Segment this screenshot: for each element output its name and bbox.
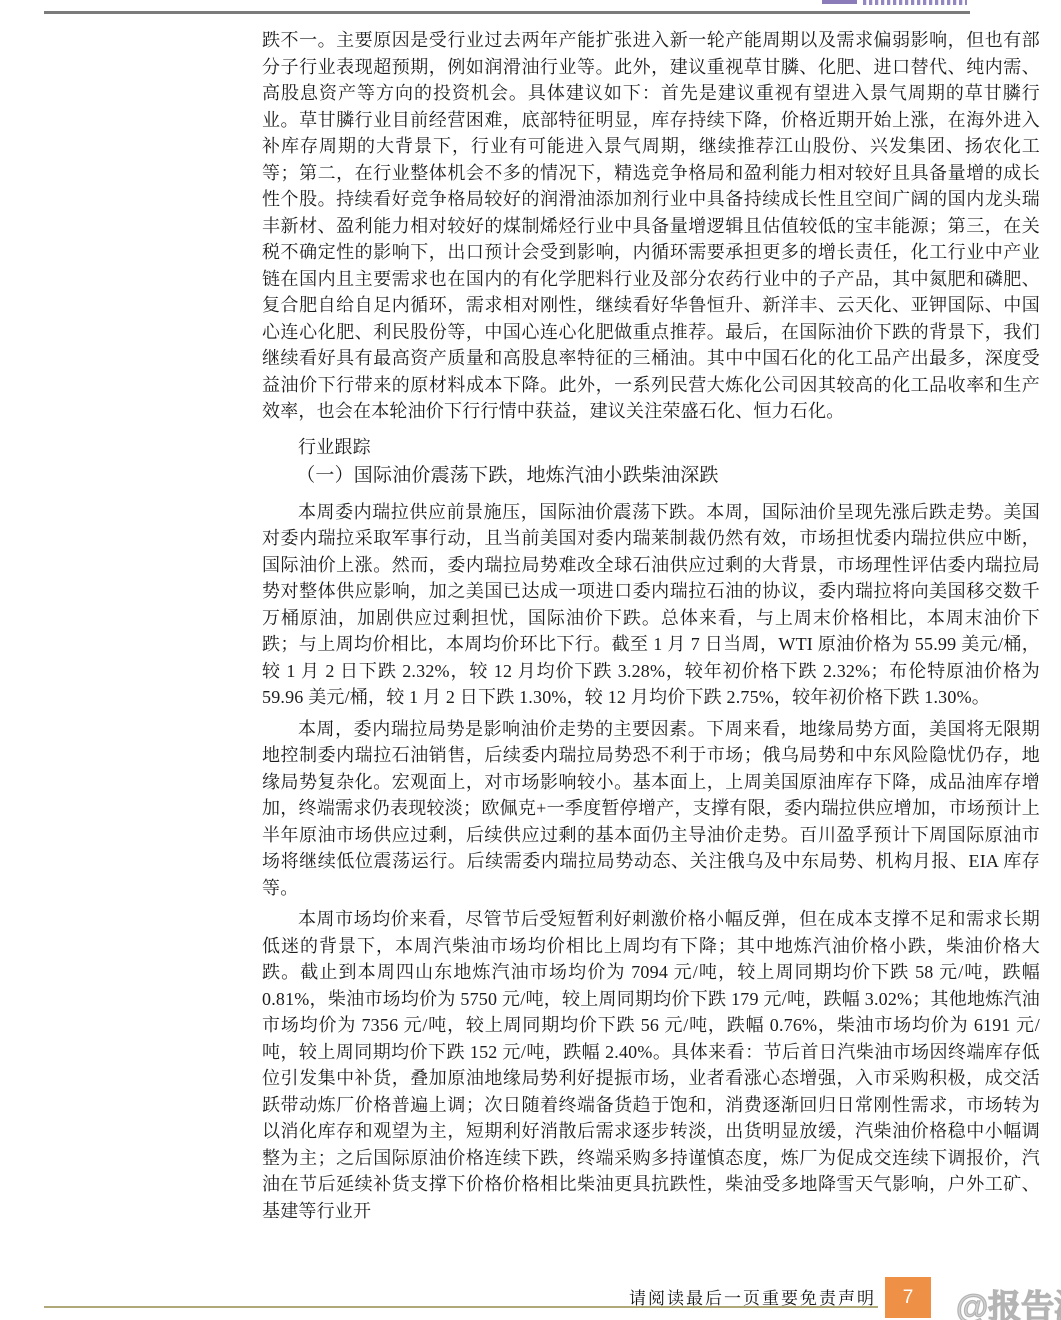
section-heading-industry-tracking: 行业跟踪 (262, 434, 1040, 461)
publisher-logo-text-fragment (863, 0, 967, 5)
footer-disclaimer: 请阅读最后一页重要免责声明 (629, 1284, 876, 1309)
report-body: 跌不一。主要原因是受行业过去两年产能扩张进入新一轮产能周期以及需求偏弱影响，但也… (262, 27, 1040, 1229)
paragraph-investment-advice: 跌不一。主要原因是受行业过去两年产能扩张进入新一轮产能周期以及需求偏弱影响，但也… (262, 27, 1040, 425)
paragraph-oil-outlook: 本周，委内瑞拉局势是影响油价走势的主要因素。下周来看，地缘局势方面，美国将无限期… (262, 716, 1040, 902)
publisher-logo-fragment (822, 0, 857, 4)
paragraph-oil-week-review: 本周委内瑞拉供应前景施压，国际油价震荡下跌。本周，国际油价呈现先涨后跌走势。美国… (262, 499, 1040, 711)
header-divider (44, 11, 970, 14)
page-number-badge: 7 (885, 1277, 931, 1318)
report-page: 跌不一。主要原因是受行业过去两年产能扩张进入新一轮产能周期以及需求偏弱影响，但也… (0, 0, 1061, 1320)
watermark-baogaopai: @报告派 (956, 1281, 1061, 1320)
paragraph-refined-oil-prices: 本周市场均价来看，尽管节后受短暂利好刺激价格小幅反弹，但在成本支撑不足和需求长期… (262, 906, 1040, 1224)
subsection-heading-oil-price: （一）国际油价震荡下跌，地炼汽油小跌柴油深跌 (262, 463, 1040, 490)
